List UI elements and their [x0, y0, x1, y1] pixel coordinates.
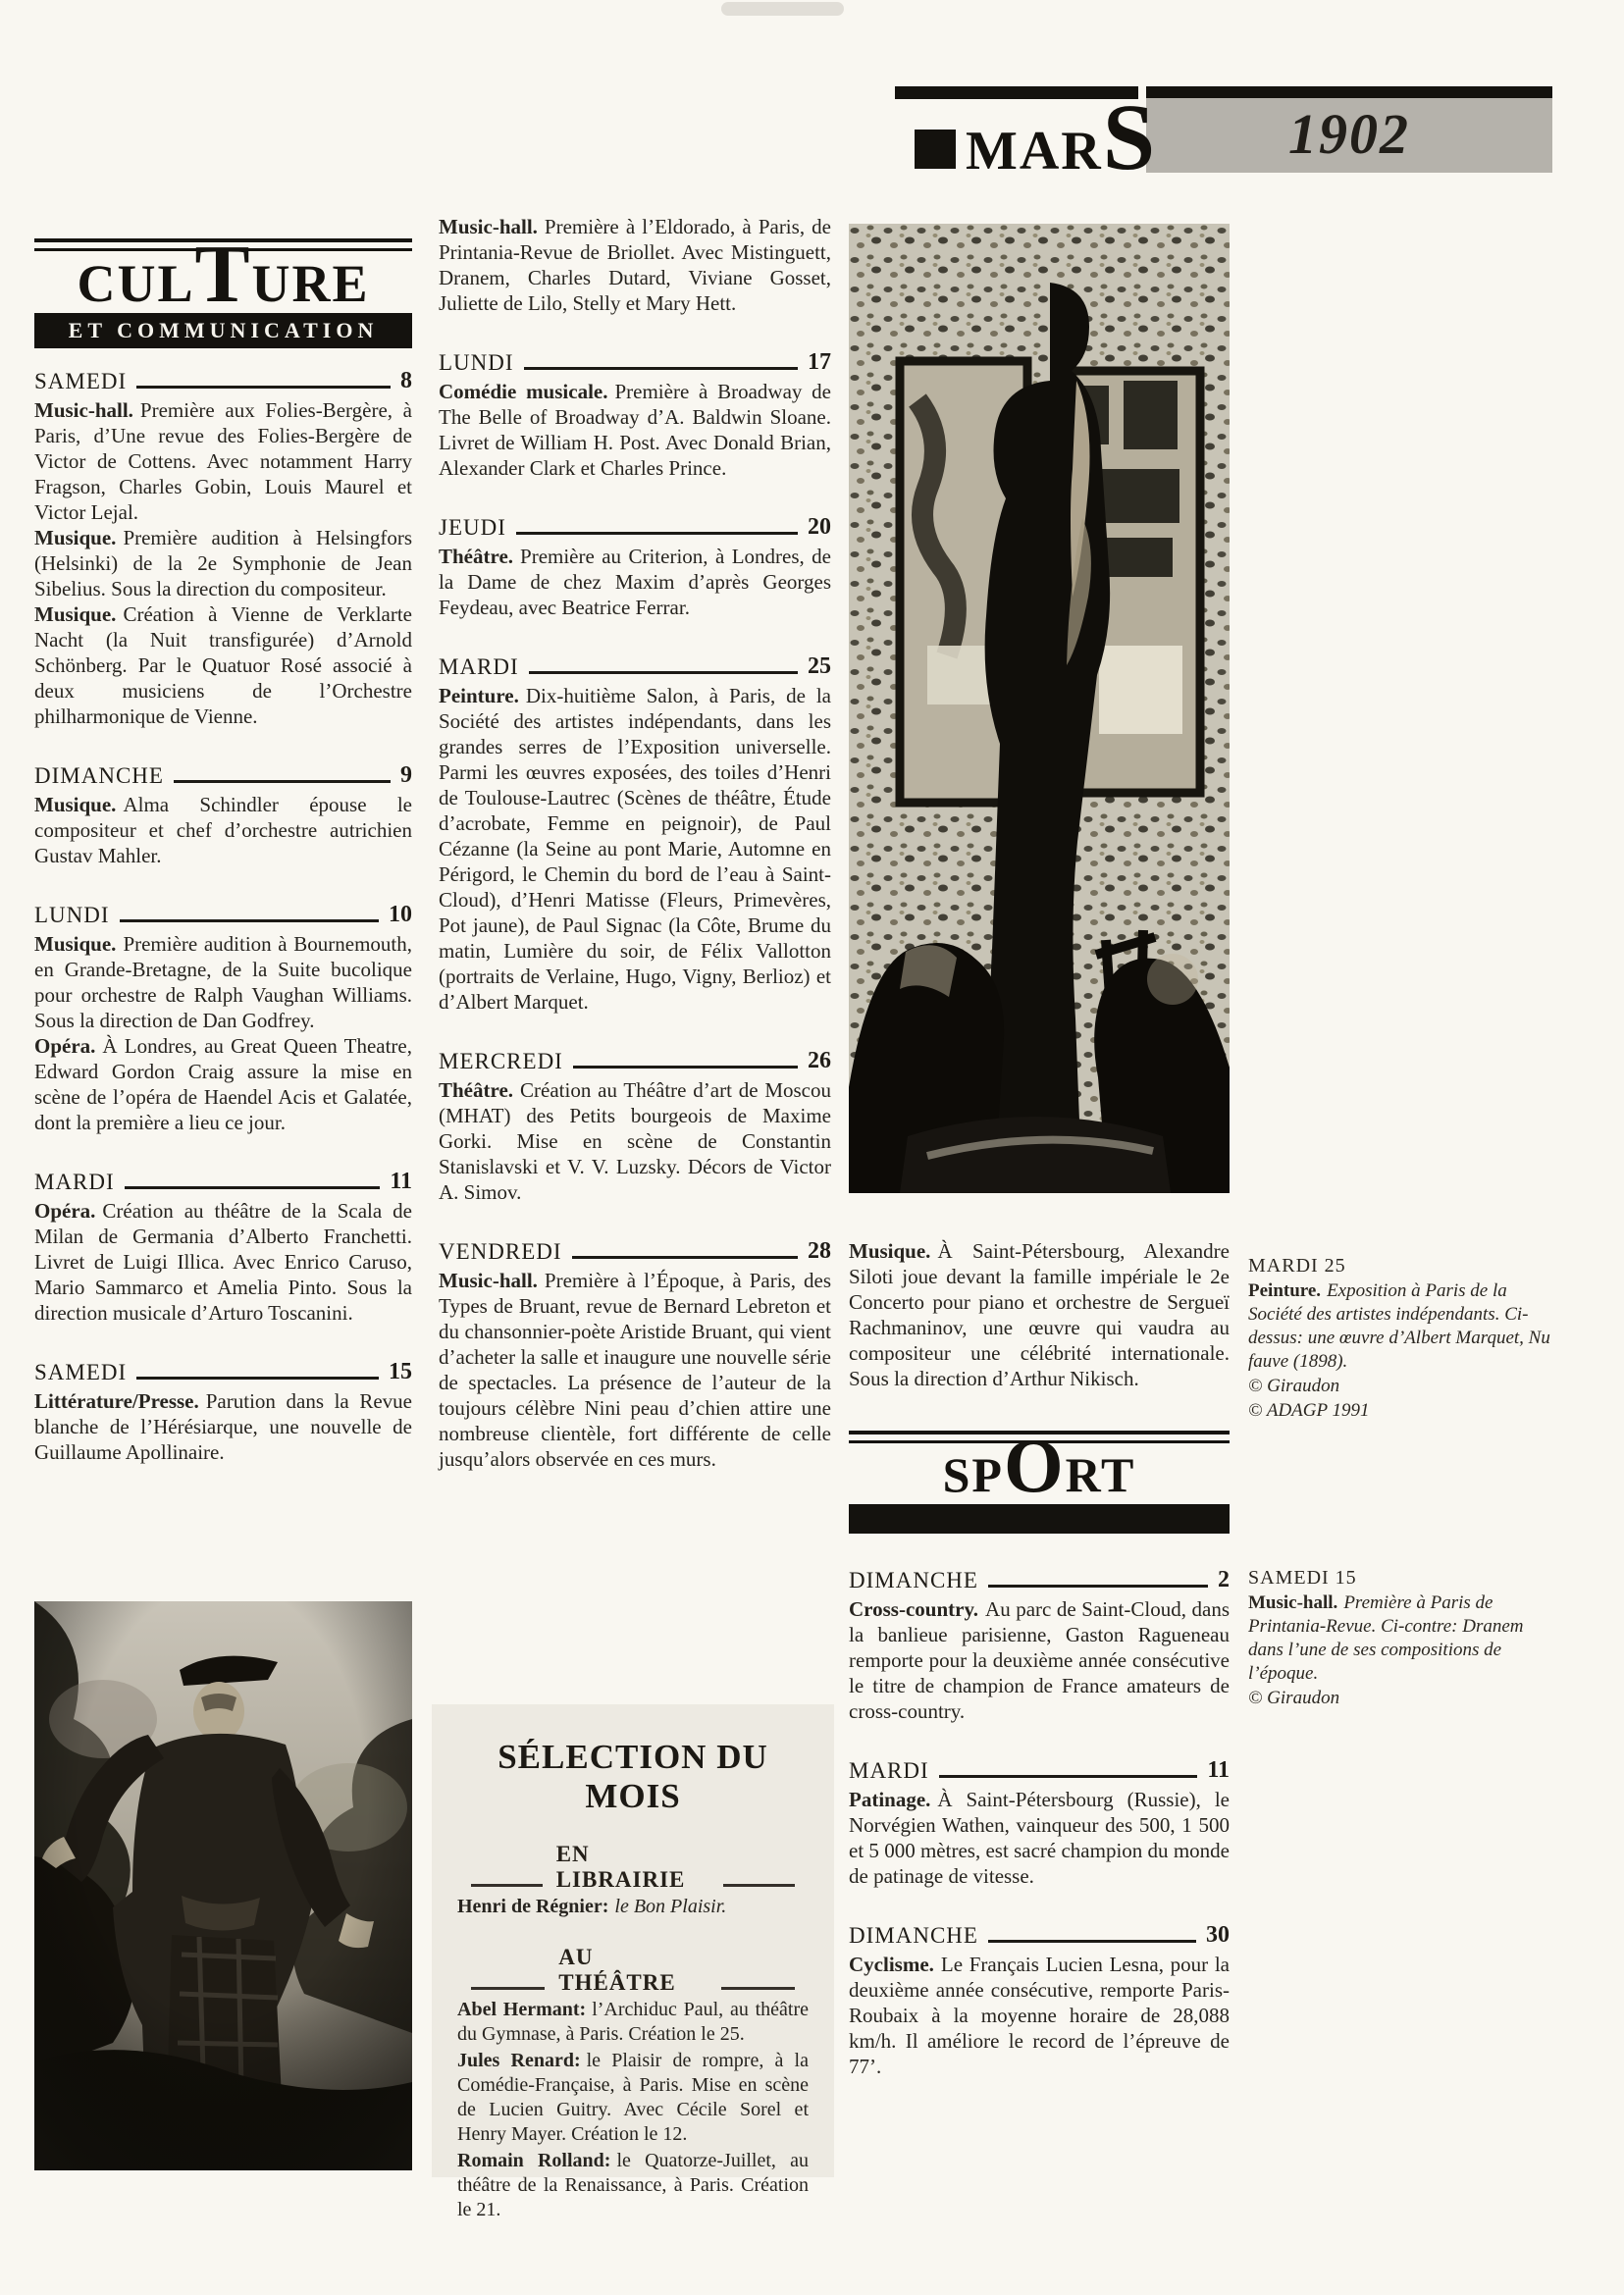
caption-day: MARDI 25: [1248, 1254, 1562, 1278]
event-entry: LUNDI 17 Comédie musicale.Première à Bro…: [439, 349, 831, 481]
event-entry: MARDI 11 Patinage.À Saint-Pétersbourg (R…: [849, 1757, 1230, 1889]
day-number: 11: [390, 1169, 412, 1195]
day-number: 9: [400, 762, 412, 789]
day-number: 10: [389, 902, 412, 928]
leader-rule: [939, 1775, 1198, 1778]
drop-capital: O: [1004, 1423, 1066, 1508]
leader-rule: [120, 919, 379, 922]
day-label: MERCREDI: [439, 1049, 563, 1074]
leader-rule: [125, 1186, 381, 1189]
sport-section-header: SPORT: [849, 1431, 1230, 1534]
event-entry: JEUDI 20 Théâtre.Première au Criterion, …: [439, 514, 831, 620]
event-entry: DIMANCHE 9 Musique.Alma Schindler épouse…: [34, 762, 412, 868]
day-header: DIMANCHE 2: [849, 1567, 1230, 1593]
drop-capital: T: [194, 229, 251, 320]
day-header: JEUDI 20: [439, 514, 831, 541]
day-label: LUNDI: [439, 350, 514, 376]
day-header: DIMANCHE 30: [849, 1922, 1230, 1949]
day-label: SAMEDI: [34, 1360, 127, 1385]
event-item: Opéra.À Londres, au Great Queen Theatre,…: [34, 1033, 412, 1135]
day-label: DIMANCHE: [849, 1923, 978, 1949]
event-entry: DIMANCHE 30 Cyclisme.Le Français Lucien …: [849, 1922, 1230, 2079]
day-number: 17: [808, 349, 831, 376]
leader-rule: [516, 532, 798, 535]
caption-text: Peinture.Exposition à Paris de la Sociét…: [1248, 1279, 1562, 1374]
day-number: 2: [1218, 1567, 1230, 1593]
event-item: Musique.À Saint-Pétersbourg, Alexandre S…: [849, 1238, 1230, 1391]
month-name-capital: S: [1103, 84, 1155, 189]
leader-rule: [174, 780, 391, 783]
month-name: MAR: [966, 121, 1103, 182]
right-column: Musique.À Saint-Pétersbourg, Alexandre S…: [849, 224, 1230, 2079]
selection-item: Jules Renard:le Plaisir de rompre, à la …: [457, 2049, 809, 2147]
day-label: JEUDI: [439, 515, 506, 541]
leader-rule: [136, 386, 391, 389]
side-rule: [721, 1987, 795, 1990]
day-header: DIMANCHE 9: [34, 762, 412, 789]
day-label: MARDI: [34, 1170, 115, 1195]
day-number: 30: [1206, 1922, 1230, 1949]
selection-subheading: AU THÉÂTRE: [457, 1945, 809, 1996]
selection-item: Abel Hermant:l’Archiduc Paul, au théâtre…: [457, 1998, 809, 2047]
leader-rule: [572, 1256, 798, 1259]
dranem-photograph: [34, 1601, 412, 2170]
leader-rule: [573, 1066, 798, 1069]
selection-title: SÉLECTION DU MOIS: [457, 1738, 809, 1816]
day-header: VENDREDI 28: [439, 1238, 831, 1265]
day-header: MERCREDI 26: [439, 1048, 831, 1074]
day-number: 28: [808, 1238, 831, 1265]
event-item: Music-hall.Première à l’Époque, à Paris,…: [439, 1268, 831, 1472]
day-label: DIMANCHE: [849, 1568, 978, 1593]
culture-column: CULTURE ET COMMUNICATION SAMEDI 8 Music-…: [34, 238, 412, 1465]
event-item: Comédie musicale.Première à Broadway de …: [439, 379, 831, 481]
day-label: LUNDI: [34, 903, 110, 928]
event-item-continuation: Music-hall.Première à l’Eldorado, à Pari…: [439, 214, 831, 316]
event-item: Opéra.Création au théâtre de la Scala de…: [34, 1198, 412, 1326]
day-header: LUNDI 17: [439, 349, 831, 376]
day-label: DIMANCHE: [34, 763, 164, 789]
day-label: MARDI: [439, 654, 519, 680]
photo-credit: © ADAGP 1991: [1248, 1399, 1562, 1423]
culture-section-subtitle: ET COMMUNICATION: [34, 313, 412, 348]
culture-section-title: CULTURE: [34, 263, 412, 305]
day-number: 11: [1207, 1757, 1230, 1784]
event-entry: LUNDI 10 Musique.Première audition à Bou…: [34, 902, 412, 1135]
day-header: LUNDI 10: [34, 902, 412, 928]
photo-credit: © Giraudon: [1248, 1375, 1562, 1398]
year-label: 1902: [1288, 102, 1410, 166]
event-entry: MARDI 25 Peinture.Dix-huitième Salon, à …: [439, 653, 831, 1015]
day-header: MARDI 11: [849, 1757, 1230, 1784]
day-label: SAMEDI: [34, 369, 127, 394]
culture-column-2: Music-hall.Première à l’Eldorado, à Pari…: [439, 214, 831, 1472]
event-item: Cyclisme.Le Français Lucien Lesna, pour …: [849, 1952, 1230, 2079]
photo-credit: © Giraudon: [1248, 1687, 1562, 1710]
event-item: Littérature/Presse.Parution dans la Revu…: [34, 1388, 412, 1465]
day-header: MARDI 25: [439, 653, 831, 680]
event-item: Musique.Création à Vienne de Verklarte N…: [34, 601, 412, 729]
print-artifact: [721, 2, 844, 16]
event-entry: MERCREDI 26 Théâtre.Création au Théâtre …: [439, 1048, 831, 1205]
event-entry: SAMEDI 15 Littérature/Presse.Parution da…: [34, 1359, 412, 1465]
side-rule: [471, 1987, 545, 1990]
event-item: Musique.Alma Schindler épouse le composi…: [34, 792, 412, 868]
marquet-painting-reproduction: [849, 224, 1230, 1193]
leader-rule: [524, 367, 798, 370]
month-header: MARS: [915, 90, 1155, 184]
leader-rule: [988, 1585, 1208, 1588]
caption-day: SAMEDI 15: [1248, 1566, 1562, 1590]
event-entry: VENDREDI 28 Music-hall.Première à l’Époq…: [439, 1238, 831, 1472]
painting-caption: MARDI 25 Peinture.Exposition à Paris de …: [1248, 1254, 1562, 1423]
leader-rule: [529, 671, 798, 674]
day-number: 26: [808, 1048, 831, 1074]
leader-rule: [136, 1377, 379, 1380]
event-item: Cross-country.Au parc de Saint-Cloud, da…: [849, 1596, 1230, 1724]
sport-section-title: SPORT: [849, 1455, 1230, 1494]
day-header: SAMEDI 15: [34, 1359, 412, 1385]
day-number: 8: [400, 368, 412, 394]
almanac-page-mars-1902: MARS 1902 CULTURE ET COMMUNICATION SAMED…: [0, 0, 1624, 2295]
day-label: MARDI: [849, 1758, 929, 1784]
day-header: SAMEDI 8: [34, 368, 412, 394]
event-entry: DIMANCHE 2 Cross-country.Au parc de Sain…: [849, 1567, 1230, 1724]
selection-item: Henri de Régnier:le Bon Plaisir.: [457, 1895, 809, 1919]
event-item: Music-hall.Première aux Folies-Bergère, …: [34, 397, 412, 525]
sport-black-bar: [849, 1504, 1230, 1534]
selection-du-mois-box: SÉLECTION DU MOIS EN LIBRAIRIE Henri de …: [432, 1704, 834, 2177]
side-rule: [471, 1884, 543, 1887]
caption-text: Music-hall.Première à Paris de Printania…: [1248, 1591, 1562, 1686]
leader-rule: [988, 1940, 1196, 1943]
event-item: Théâtre.Première au Criterion, à Londres…: [439, 544, 831, 620]
photo-caption: SAMEDI 15 Music-hall.Première à Paris de…: [1248, 1566, 1562, 1710]
day-header: MARDI 11: [34, 1169, 412, 1195]
event-item: Patinage.À Saint-Pétersbourg (Russie), l…: [849, 1787, 1230, 1889]
day-label: VENDREDI: [439, 1239, 562, 1265]
selection-item: Romain Rolland:le Quatorze-Juillet, au t…: [457, 2149, 809, 2222]
day-number: 15: [389, 1359, 412, 1385]
side-rule: [723, 1884, 795, 1887]
year-banner: 1902: [1146, 86, 1552, 173]
event-item: Musique.Première audition à Helsingfors …: [34, 525, 412, 601]
day-number: 20: [808, 514, 831, 541]
day-number: 25: [808, 653, 831, 680]
event-entry: MARDI 11 Opéra.Création au théâtre de la…: [34, 1169, 412, 1326]
event-item: Musique.Première audition à Bournemouth,…: [34, 931, 412, 1033]
event-entry: SAMEDI 8 Music-hall.Première aux Folies-…: [34, 368, 412, 729]
event-item: Théâtre.Création au Théâtre d’art de Mos…: [439, 1077, 831, 1205]
black-square-icon: [915, 130, 956, 169]
selection-subheading: EN LIBRAIRIE: [457, 1842, 809, 1893]
event-item: Peinture.Dix-huitième Salon, à Paris, de…: [439, 683, 831, 1015]
